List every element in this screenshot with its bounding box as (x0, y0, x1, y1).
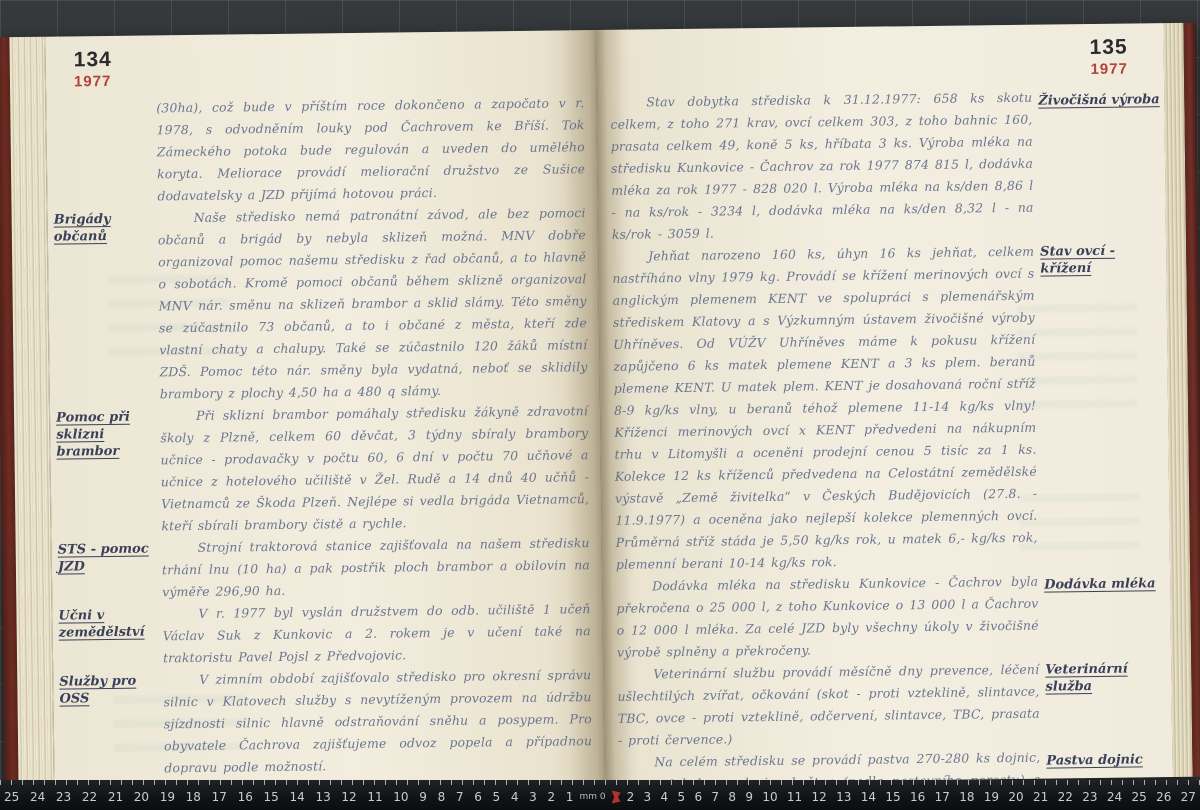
ruler-number: 25 (4, 790, 19, 804)
margin-heading: Dodávka mléka (1044, 575, 1156, 593)
ruler-number: 12 (812, 790, 827, 804)
ruler-number: 8 (728, 790, 736, 804)
margin-heading: Pastva dojnic (1046, 751, 1143, 769)
section: Dodávka mléka na středisku Kunkovice - Č… (616, 569, 1167, 664)
open-chronicle-book: 134 1977 (30ha), což bude v příštím roce… (0, 23, 1200, 792)
ruler-number: 17 (212, 790, 227, 804)
ruler-number: 19 (984, 790, 999, 804)
page-number: 135 (1089, 36, 1127, 60)
ruler-number: 9 (745, 790, 753, 804)
section: Na celém středisku se provádí pastva 270… (618, 745, 1169, 784)
ruler-number: 13 (315, 790, 330, 804)
section: Veterinární službu provádí měsíčně dny p… (617, 657, 1168, 752)
ruler-number: 16 (910, 790, 925, 804)
section: Pomoc při sklizni brambor Při sklizni br… (56, 400, 590, 538)
section: Učni v zemědělství V r. 1977 byl vyslán … (58, 598, 591, 670)
ruler-tick-marks (0, 780, 1200, 785)
ruler-mm-zero-label: mm 0 (579, 792, 605, 802)
ruler-number: 2 (627, 790, 635, 804)
margin-heading: Veterinární služba (1045, 660, 1167, 695)
margin-heading: Živočišná výroba (1038, 91, 1160, 109)
ruler-number: 6 (474, 790, 482, 804)
page-head-right: 135 1977 (1089, 36, 1128, 78)
section: STS - pomoc JZD Strojní traktorová stani… (58, 532, 591, 604)
paragraph: Jehňat narozeno 160 ks, úhyn 16 ks jehňa… (612, 241, 1038, 576)
page-year: 1977 (1090, 61, 1128, 78)
section: Brigády občanů Naše středisko nemá patro… (54, 202, 588, 406)
paragraph: Při sklizni brambor pomáhaly středisku ž… (160, 400, 590, 537)
ruler-number: 21 (108, 790, 123, 804)
ruler-number: 5 (677, 790, 685, 804)
ruler-number: 14 (861, 790, 876, 804)
margin-column: Stav ovcí - křížení (1034, 239, 1162, 278)
ruler-numbers-left: 2524232221201918171615141312111098765432… (4, 790, 573, 804)
paragraph: Stav dobytka střediska k 31.12.1977: 658… (610, 87, 1034, 246)
paragraph: Veterinární službu provádí měsíčně dny p… (617, 659, 1040, 752)
section: Jehňat narozeno 160 ks, úhyn 16 ks jehňa… (612, 239, 1166, 576)
ruler-number: 13 (836, 790, 851, 804)
paragraph: Na celém středisku se provádí pastva 270… (618, 747, 1041, 784)
ruler-number: 11 (787, 790, 802, 804)
paragraph: Dodávka mléka na středisku Kunkovice - Č… (616, 571, 1039, 664)
ruler-number: 1 (566, 790, 574, 804)
ruler-number: 2 (547, 790, 555, 804)
paragraph: Strojní traktorová stanice zajišťovala n… (162, 532, 591, 603)
page-number: 134 (74, 48, 112, 72)
ruler-number: 24 (1107, 790, 1122, 804)
ruler-number: 26 (1156, 790, 1171, 804)
margin-column: Pastva dojnic (1040, 745, 1168, 770)
margin-column: STS - pomoc JZD (58, 537, 162, 575)
photo-of-chronicle: { "book": { "title_context": "Kronika 19… (0, 0, 1200, 810)
ruler-number: 18 (959, 790, 974, 804)
ruler-number: 15 (885, 790, 900, 804)
ruler-number: 20 (1008, 790, 1023, 804)
ruler-number: 25 (1131, 790, 1146, 804)
ruler-number: 7 (711, 790, 719, 804)
ruler-number: 10 (393, 790, 408, 804)
ruler-number: 21 (1033, 790, 1048, 804)
ruler-number: 23 (1082, 790, 1097, 804)
margin-heading: Služby pro OSS (59, 672, 163, 707)
margin-column: Služby pro OSS (59, 669, 163, 707)
margin-column: Dodávka mléka (1038, 569, 1166, 594)
left-page: 134 1977 (30ha), což bude v příštím roce… (45, 30, 604, 791)
ruler-center: mm 0 (573, 791, 626, 804)
ruler-number: 24 (30, 790, 45, 804)
page-year: 1977 (74, 73, 112, 90)
ruler-number: 12 (341, 790, 356, 804)
section: Stav dobytka střediska k 31.12.1977: 658… (610, 85, 1162, 246)
ruler-number: 9 (419, 790, 427, 804)
margin-column: Veterinární služba (1039, 657, 1167, 696)
section: Služby pro OSS V zimním období zajišťova… (59, 664, 592, 780)
ruler-number: 14 (289, 790, 304, 804)
left-page-body: (30ha), což bude v příštím roce dokončen… (46, 92, 604, 785)
ruler-number: 8 (438, 790, 446, 804)
ruler-number: 20 (134, 790, 149, 804)
ruler-number: 27 (1181, 790, 1196, 804)
paragraph: (30ha), což bude v příštím roce dokončen… (156, 92, 585, 207)
margin-heading: Učni v zemědělství (58, 606, 162, 641)
ruler-number: 10 (762, 790, 777, 804)
paragraph: Naše středisko nemá patronátní závod, al… (158, 202, 588, 405)
ruler-number: 7 (456, 790, 464, 804)
ruler-number: 19 (160, 790, 175, 804)
paragraph: V zimním období zajišťovalo středisko pr… (163, 664, 592, 779)
ruler-number: 23 (56, 790, 71, 804)
margin-column: Brigády občanů (54, 207, 158, 245)
ruler-number: 3 (529, 790, 537, 804)
paragraph: V r. 1977 byl vyslán družstvem do odb. u… (162, 598, 591, 669)
ruler-number: 22 (82, 790, 97, 804)
margin-heading: STS - pomoc JZD (58, 540, 162, 575)
ruler-number: 16 (238, 790, 253, 804)
margin-column: Učni v zemědělství (58, 603, 162, 641)
page-head-left: 134 1977 (74, 48, 113, 90)
ruler-number: 22 (1058, 790, 1073, 804)
ruler-number: 6 (694, 790, 702, 804)
margin-heading: Brigády občanů (54, 210, 158, 245)
ruler-number: 5 (493, 790, 501, 804)
ruler-brand-mark-icon (612, 791, 621, 804)
right-page: 135 1977 Stav dobytka střediska k 31.12.… (595, 23, 1172, 784)
margin-heading: Stav ovcí - křížení (1040, 242, 1162, 277)
ruler-number: 11 (367, 790, 382, 804)
section: (30ha), což bude v příštím roce dokončen… (52, 92, 585, 208)
ruler-number: 17 (935, 790, 950, 804)
margin-column (52, 97, 156, 101)
ruler-number: 3 (644, 790, 652, 804)
ruler-number: 4 (511, 790, 519, 804)
ruler-numbers-right: 2345678910111213141516171819202122232425… (627, 790, 1196, 804)
ruler-number: 4 (661, 790, 669, 804)
margin-column: Živočišná výroba (1032, 85, 1160, 110)
right-page-body: Stav dobytka střediska k 31.12.1977: 658… (596, 85, 1172, 778)
margin-heading: Pomoc při sklizni brambor (56, 408, 161, 460)
ruler-number: 15 (264, 790, 279, 804)
measuring-ruler: 2524232221201918171615141312111098765432… (0, 780, 1200, 810)
ruler-number: 18 (186, 790, 201, 804)
margin-column: Pomoc při sklizni brambor (56, 405, 161, 460)
